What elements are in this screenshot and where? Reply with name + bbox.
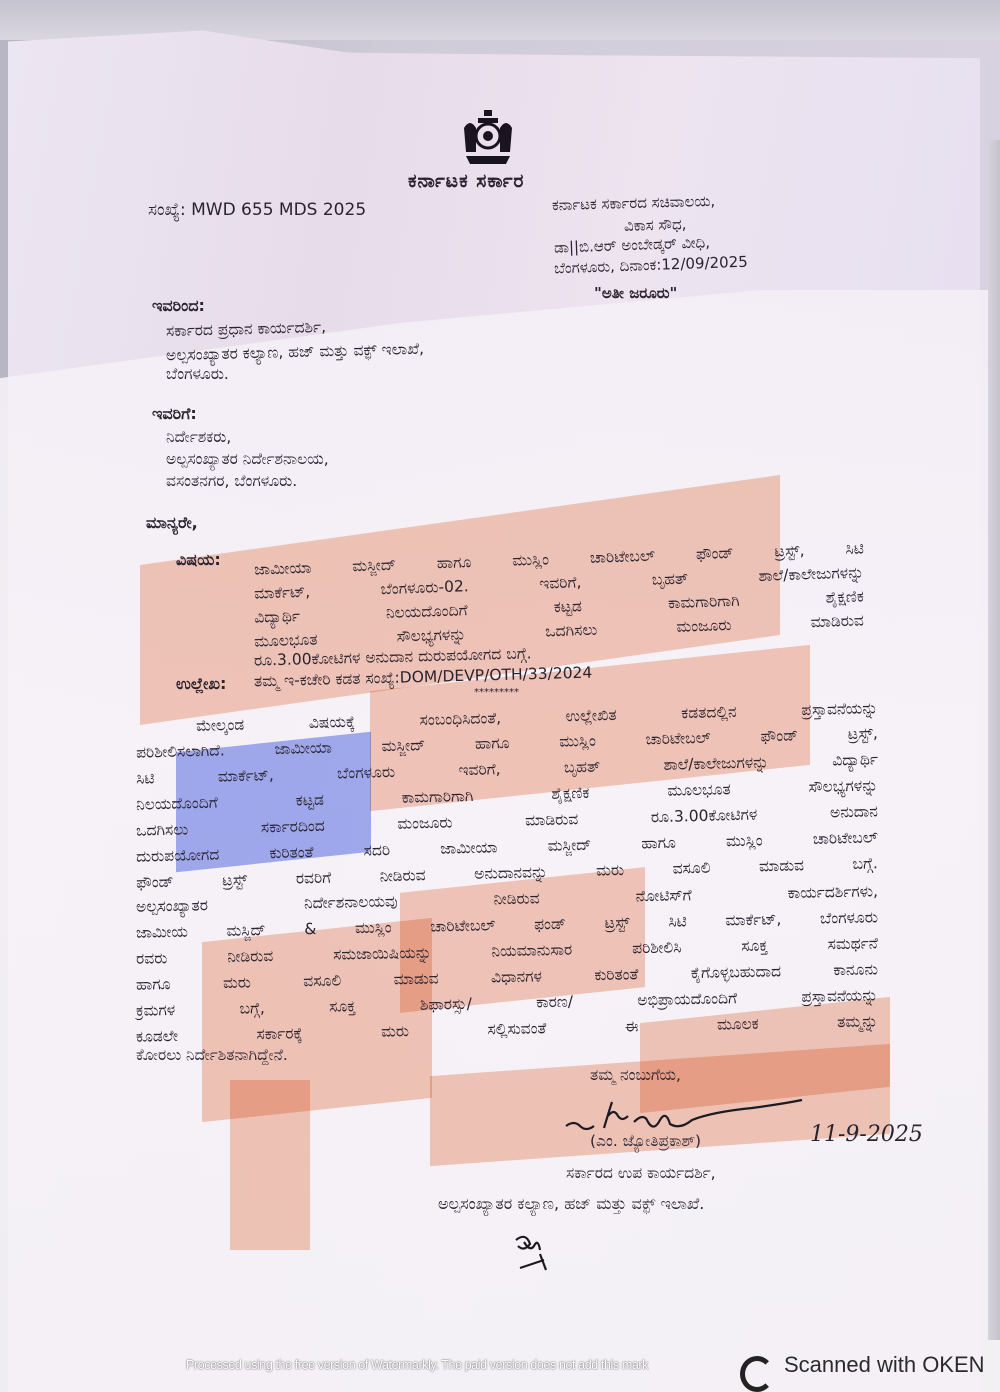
to-line: ನಿರ್ದೇಶಕರು, (166, 428, 231, 447)
address-line: ವಿಕಾಸ ಸೌಧ, (624, 215, 687, 235)
subject-label: ವಿಷಯ: (176, 550, 221, 570)
initials-icon (510, 1232, 560, 1274)
state-emblem-icon (456, 108, 520, 172)
reference-number: ಸಂಖ್ಯೆ: MWD 655 MDS 2025 (148, 200, 366, 220)
body-line: ಕೋರಲು ನಿರ್ದೇಶಿತನಾಗಿದ್ದೇನೆ. (136, 1046, 288, 1065)
salutation: ಮಾನ್ಯರೇ, (146, 513, 198, 533)
urgency-marker: "ಅತೀ ಜರೂರು" (594, 284, 677, 302)
to-line: ಅಲ್ಪಸಂಖ್ಯಾತರ ನಿರ್ದೇಶನಾಲಯ, (166, 450, 329, 469)
scanner-logo-icon (740, 1356, 774, 1392)
from-line: ಬೆಂಗಳೂರು. (166, 365, 229, 384)
signatory-department: ಅಲ್ಪಸಂಖ್ಯಾತರ ಕಲ್ಯಾಣ, ಹಜ್ ಮತ್ತು ವಕ್ಫ್ ಇಲಾ… (438, 1194, 704, 1214)
scanner-badge: Scanned with OKEN (784, 1352, 985, 1378)
separator: ********* (474, 687, 519, 698)
address-date: ಬೆಂಗಳೂರು, ದಿನಾಂಕ:12/09/2025 (554, 253, 748, 278)
from-line: ಸರ್ಕಾರದ ಪ್ರಧಾನ ಕಾರ್ಯದರ್ಶಿ, (166, 318, 326, 341)
from-label: ಇವರಿಂದ: (152, 296, 205, 316)
from-line: ಅಲ್ಪಸಂಖ್ಯಾತರ ಕಲ್ಯಾಣ, ಹಜ್ ಮತ್ತು ವಕ್ಫ್ ಇಲಾ… (166, 340, 424, 366)
signatory-name: (ಎಂ. ಜ್ಯೋತಿಪ್ರಕಾಶ್) (590, 1132, 701, 1151)
valediction: ತಮ್ಮ ನಂಬುಗೆಯ, (590, 1066, 681, 1085)
watermark-text: Processed using the free version of Wate… (186, 1358, 648, 1372)
to-line: ವಸಂತನಗರ, ಬೆಂಗಳೂರು. (166, 472, 297, 491)
to-label: ಇವರಿಗೆ: (152, 404, 197, 424)
reference-label: ಉಲ್ಲೇಖ: (176, 674, 226, 694)
handwritten-date: 11-9-2025 (810, 1122, 923, 1147)
address-line: ಡಾ||ಬಿ.ಆರ್ ಅಂಬೇಡ್ಕರ್ ವೀಧಿ, (554, 233, 711, 256)
government-name: ಕರ್ನಾಟಕ ಸರ್ಕಾರ (408, 170, 524, 192)
letter-content: ಕರ್ನಾಟಕ ಸರ್ಕಾರ ಸಂಖ್ಯೆ: MWD 655 MDS 2025 … (0, 0, 1000, 1392)
signatory-designation: ಸರ್ಕಾರದ ಉಪ ಕಾರ್ಯದರ್ಶಿ, (566, 1164, 716, 1183)
address-line: ಕರ್ನಾಟಕ ಸರ್ಕಾರದ ಸಚಿವಾಲಯ, (552, 192, 716, 214)
